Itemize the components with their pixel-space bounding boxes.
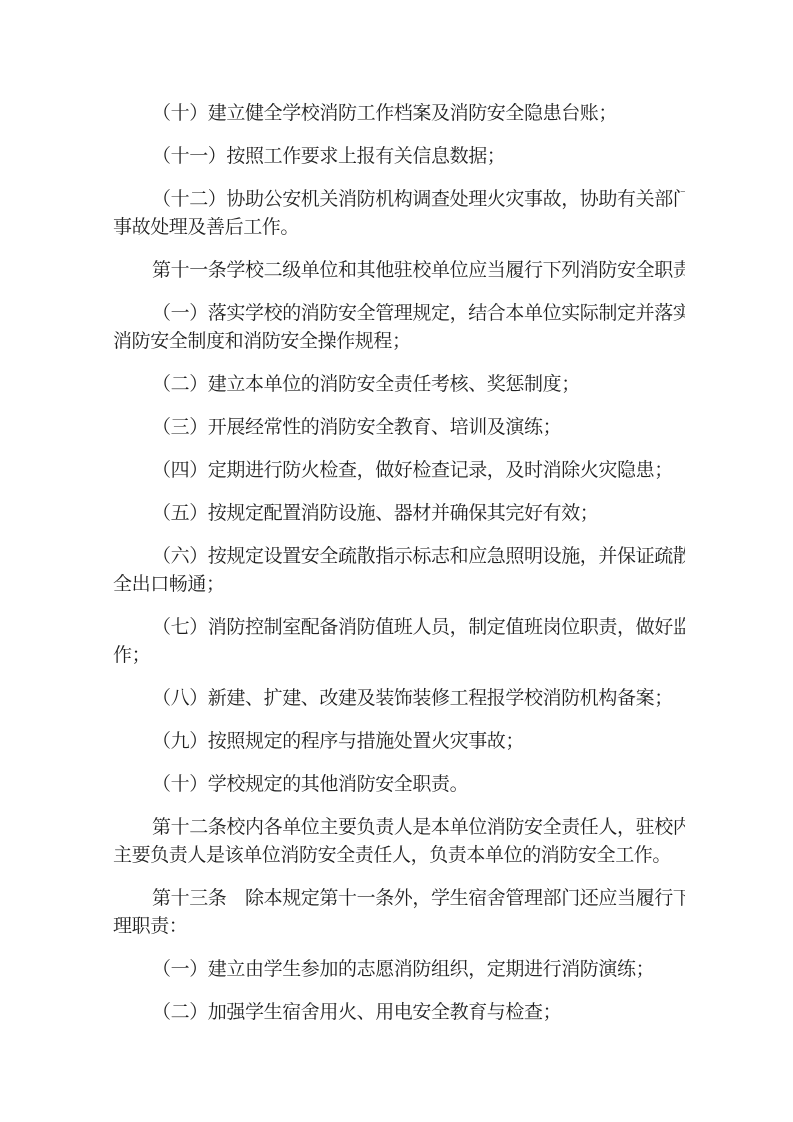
paragraph-08: （四）定期进行防火检查，做好检查记录，及时消除火灾隐患；: [113, 457, 685, 485]
text-line: （七）消防控制室配备消防值班人员，制定值班岗位职责，做好监督检查工: [113, 614, 685, 642]
text-line: （十）学校规定的其他消防安全职责。: [113, 771, 685, 799]
text-line: （十二）协助公安机关消防机构调查处理火灾事故，协助有关部门做好火灾: [113, 186, 685, 214]
text-line: （二）建立本单位的消防安全责任考核、奖惩制度；: [113, 371, 685, 399]
text-line: （八）新建、扩建、改建及装饰装修工程报学校消防机构备案；: [113, 685, 685, 713]
text-line: 全出口畅通；: [113, 571, 685, 599]
paragraph-10: （六）按规定设置安全疏散指示标志和应急照明设施，并保证疏散通道、安 全出口畅通；: [113, 543, 685, 599]
paragraph-14: （十）学校规定的其他消防安全职责。: [113, 771, 685, 799]
paragraph-15-article-12: 第十二条校内各单位主要负责人是本单位消防安全责任人，驻校内其他单位 主要负责人是…: [113, 814, 685, 870]
paragraph-12: （八）新建、扩建、改建及装饰装修工程报学校消防机构备案；: [113, 685, 685, 713]
paragraph-01: （十）建立健全学校消防工作档案及消防安全隐患台账；: [113, 100, 685, 128]
paragraph-18: （二）加强学生宿舍用火、用电安全教育与检查；: [113, 999, 685, 1027]
text-line: （三）开展经常性的消防安全教育、培训及演练；: [113, 414, 685, 442]
text-line: 事故处理及善后工作。: [113, 214, 685, 242]
paragraph-11: （七）消防控制室配备消防值班人员，制定值班岗位职责，做好监督检查工 作；: [113, 614, 685, 670]
text-line: 第十一条学校二级单位和其他驻校单位应当履行下列消防安全职责：: [113, 257, 685, 285]
paragraph-03: （十二）协助公安机关消防机构调查处理火灾事故，协助有关部门做好火灾 事故处理及善…: [113, 186, 685, 242]
paragraph-16-article-13: 第十三条 除本规定第十一条外，学生宿舍管理部门还应当履行下列安全管 理职责：: [113, 885, 685, 941]
paragraph-04-article-11: 第十一条学校二级单位和其他驻校单位应当履行下列消防安全职责：: [113, 257, 685, 285]
text-line: （四）定期进行防火检查，做好检查记录，及时消除火灾隐患；: [113, 457, 685, 485]
text-line: （十一）按照工作要求上报有关信息数据；: [113, 143, 685, 171]
text-line: 作；: [113, 642, 685, 670]
paragraph-02: （十一）按照工作要求上报有关信息数据；: [113, 143, 685, 171]
paragraph-06: （二）建立本单位的消防安全责任考核、奖惩制度；: [113, 371, 685, 399]
text-line: （二）加强学生宿舍用火、用电安全教育与检查；: [113, 999, 685, 1027]
paragraph-17: （一）建立由学生参加的志愿消防组织，定期进行消防演练；: [113, 956, 685, 984]
text-line: （一）落实学校的消防安全管理规定，结合本单位实际制定并落实本单位的: [113, 300, 685, 328]
paragraph-13: （九）按照规定的程序与措施处置火灾事故；: [113, 728, 685, 756]
text-line: （五）按规定配置消防设施、器材并确保其完好有效；: [113, 500, 685, 528]
text-line: 第十三条 除本规定第十一条外，学生宿舍管理部门还应当履行下列安全管: [113, 885, 685, 913]
paragraph-09: （五）按规定配置消防设施、器材并确保其完好有效；: [113, 500, 685, 528]
text-line: 消防安全制度和消防安全操作规程；: [113, 328, 685, 356]
text-line: （九）按照规定的程序与措施处置火灾事故；: [113, 728, 685, 756]
text-line: （十）建立健全学校消防工作档案及消防安全隐患台账；: [113, 100, 685, 128]
text-line: （一）建立由学生参加的志愿消防组织，定期进行消防演练；: [113, 956, 685, 984]
document-page: （十）建立健全学校消防工作档案及消防安全隐患台账； （十一）按照工作要求上报有关…: [0, 0, 793, 1122]
paragraph-05: （一）落实学校的消防安全管理规定，结合本单位实际制定并落实本单位的 消防安全制度…: [113, 300, 685, 356]
text-line: 理职责：: [113, 913, 685, 941]
paragraph-07: （三）开展经常性的消防安全教育、培训及演练；: [113, 414, 685, 442]
document-body: （十）建立健全学校消防工作档案及消防安全隐患台账； （十一）按照工作要求上报有关…: [113, 100, 685, 1042]
text-line: 主要负责人是该单位消防安全责任人，负责本单位的消防安全工作。: [113, 842, 685, 870]
text-line: 第十二条校内各单位主要负责人是本单位消防安全责任人，驻校内其他单位: [113, 814, 685, 842]
text-line: （六）按规定设置安全疏散指示标志和应急照明设施，并保证疏散通道、安: [113, 543, 685, 571]
